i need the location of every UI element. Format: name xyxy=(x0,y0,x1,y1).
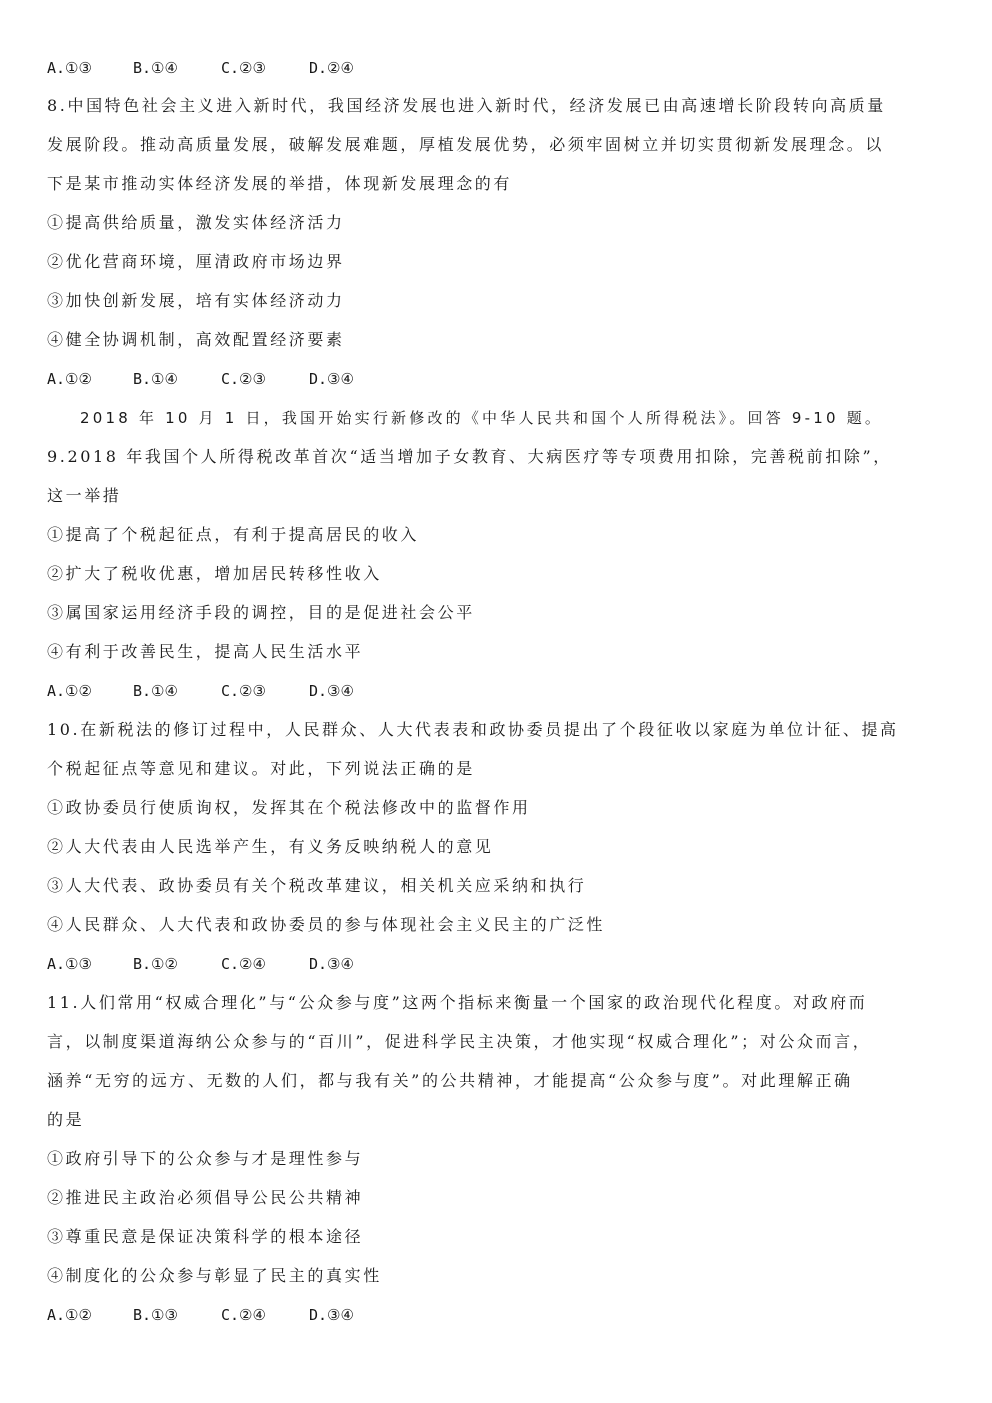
q10-option-c: C.②④ xyxy=(221,954,266,974)
q9-stem-line-2: 这一举措 xyxy=(47,486,121,506)
q11-statement-1: ①政府引导下的公众参与才是理性参与 xyxy=(47,1149,363,1169)
q9-statement-1: ①提高了个税起征点，有利于提高居民的收入 xyxy=(47,525,419,545)
q7-option-c: C.②③ xyxy=(221,58,266,78)
intro-q9-q10: 2018 年 10 月 1 日，我国开始实行新修改的《中华人民共和国个人所得税法… xyxy=(80,408,883,428)
q10-statement-3: ③人大代表、政协委员有关个税改革建议，相关机关应采纳和执行 xyxy=(47,876,586,896)
q10-statement-1: ①政协委员行使质询权，发挥其在个税法修改中的监督作用 xyxy=(47,798,531,818)
q9-statement-2: ②扩大了税收优惠，增加居民转移性收入 xyxy=(47,564,382,584)
q9-statement-4: ④有利于改善民生，提高人民生活水平 xyxy=(47,642,363,662)
q10-stem-line-1: 10.在新税法的修订过程中，人民群众、人大代表表和政协委员提出了个段征收以家庭为… xyxy=(47,720,899,740)
q8-statement-2: ②优化营商环境，厘清政府市场边界 xyxy=(47,252,345,272)
q8-option-c: C.②③ xyxy=(221,369,266,389)
q10-statement-4: ④人民群众、人大代表和政协委员的参与体现社会主义民主的广泛性 xyxy=(47,915,605,935)
q10-options: A.①③ B.①② C.②④ D.③④ xyxy=(47,954,447,974)
q9-option-d: D.③④ xyxy=(309,681,354,701)
q8-statement-3: ③加快创新发展，培有实体经济动力 xyxy=(47,291,345,311)
q11-statement-3: ③尊重民意是保证决策科学的根本途径 xyxy=(47,1227,363,1247)
q7-options: A.①③ B.①④ C.②③ D.②④ xyxy=(47,58,447,78)
q7-option-d: D.②④ xyxy=(309,58,354,78)
q10-statement-2: ②人大代表由人民选举产生，有义务反映纳税人的意见 xyxy=(47,837,493,857)
q8-stem-line-1: 8.中国特色社会主义进入新时代，我国经济发展也进入新时代，经济发展已由高速增长阶… xyxy=(47,96,886,116)
q8-statement-1: ①提高供给质量，激发实体经济活力 xyxy=(47,213,345,233)
q8-option-b: B.①④ xyxy=(133,369,178,389)
q11-stem-line-2: 言，以制度渠道海纳公众参与的“百川”，促进科学民主决策，才他实现“权威合理化”；… xyxy=(47,1032,871,1052)
q8-option-a: A.①② xyxy=(47,369,92,389)
q9-statement-3: ③属国家运用经济手段的调控，目的是促进社会公平 xyxy=(47,603,475,623)
q11-stem-line-4: 的是 xyxy=(47,1110,84,1130)
q11-option-b: B.①③ xyxy=(133,1305,178,1325)
q11-statement-4: ④制度化的公众参与彰显了民主的真实性 xyxy=(47,1266,382,1286)
q9-stem-line-1: 9.2018 年我国个人所得税改革首次“适当增加子女教育、大病医疗等专项费用扣除… xyxy=(47,447,892,467)
q8-option-d: D.③④ xyxy=(309,369,354,389)
q9-option-b: B.①④ xyxy=(133,681,178,701)
q11-statement-2: ②推进民主政治必须倡导公民公共精神 xyxy=(47,1188,363,1208)
q7-option-a: A.①③ xyxy=(47,58,92,78)
q7-option-b: B.①④ xyxy=(133,58,178,78)
q9-option-c: C.②③ xyxy=(221,681,266,701)
q9-option-a: A.①② xyxy=(47,681,92,701)
q8-statement-4: ④健全协调机制，高效配置经济要素 xyxy=(47,330,345,350)
q11-option-a: A.①② xyxy=(47,1305,92,1325)
q11-option-c: C.②④ xyxy=(221,1305,266,1325)
q8-stem-line-3: 下是某市推动实体经济发展的举措，体现新发展理念的有 xyxy=(47,174,512,194)
q11-option-d: D.③④ xyxy=(309,1305,354,1325)
q8-options: A.①② B.①④ C.②③ D.③④ xyxy=(47,369,447,389)
q11-options: A.①② B.①③ C.②④ D.③④ xyxy=(47,1305,447,1325)
q10-option-b: B.①② xyxy=(133,954,178,974)
q10-option-a: A.①③ xyxy=(47,954,92,974)
exam-page: A.①③ B.①④ C.②③ D.②④ 8.中国特色社会主义进入新时代，我国经济… xyxy=(0,0,992,1403)
q11-stem-line-1: 11.人们常用“权威合理化”与“公众参与度”这两个指标来衡量一个国家的政治现代化… xyxy=(47,993,867,1013)
q10-option-d: D.③④ xyxy=(309,954,354,974)
q11-stem-line-3: 涵养“无穷的远方、无数的人们，都与我有关”的公共精神，才能提高“公众参与度”。对… xyxy=(47,1071,853,1091)
q8-stem-line-2: 发展阶段。推动高质量发展，破解发展难题，厚植发展优势，必须牢固树立并切实贯彻新发… xyxy=(47,135,884,155)
q9-options: A.①② B.①④ C.②③ D.③④ xyxy=(47,681,447,701)
q10-stem-line-2: 个税起征点等意见和建议。对此，下列说法正确的是 xyxy=(47,759,475,779)
